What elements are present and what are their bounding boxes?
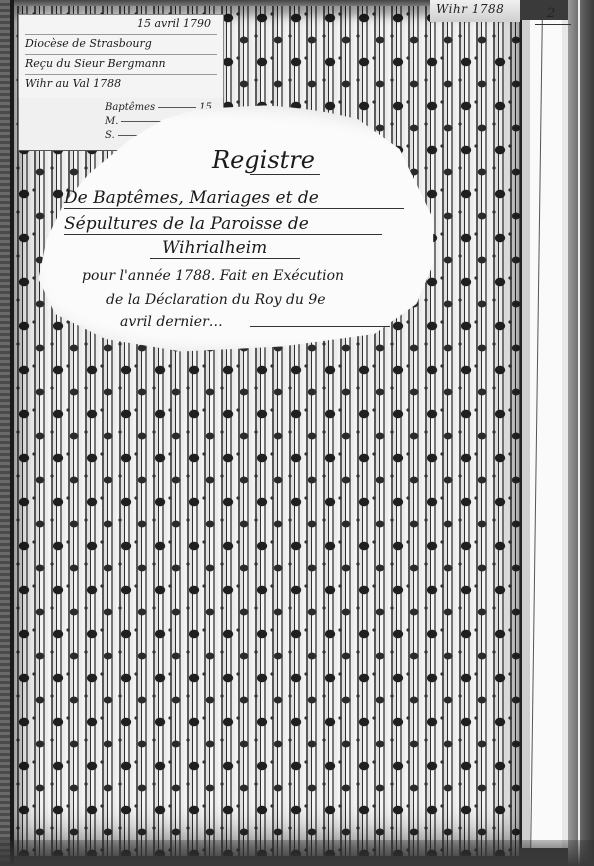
archive-line-3: Wihr au Val 1788 bbox=[25, 77, 121, 90]
title-rule bbox=[250, 326, 390, 327]
tab-label: Wihr 1788 bbox=[436, 2, 504, 16]
title-rule bbox=[250, 174, 320, 175]
title-rule bbox=[64, 208, 404, 209]
title-heading: Registre bbox=[212, 146, 315, 174]
title-line-6: avril dernier… bbox=[120, 314, 223, 330]
archive-line-1: Diocèse de Strasbourg bbox=[25, 37, 152, 50]
archive-line-2: Reçu du Sieur Bergmann bbox=[25, 57, 166, 70]
page-number: 2 bbox=[547, 6, 555, 21]
title-line-4: pour l'année 1788. Fait en Exécution bbox=[82, 268, 344, 284]
archive-label: 15 avril 1790 Diocèse de Strasbourg Reçu… bbox=[18, 14, 224, 100]
tally-mariages-label: M. bbox=[105, 116, 118, 127]
tally-baptemes-label: Baptêmes bbox=[105, 102, 155, 113]
cover-spine-edge bbox=[0, 0, 14, 866]
title-line-2: Sépultures de la Paroisse de bbox=[64, 214, 309, 234]
title-rule bbox=[150, 258, 300, 259]
title-line-3: Wihrialheim bbox=[162, 238, 267, 258]
inner-page-margin bbox=[520, 20, 570, 848]
title-rule bbox=[64, 234, 382, 235]
outer-page-edge bbox=[568, 0, 594, 866]
archive-date: 15 avril 1790 bbox=[137, 17, 211, 30]
title-line-5: de la Déclaration du Roy du 9e bbox=[106, 292, 326, 308]
archive-rule bbox=[25, 34, 217, 35]
archive-rule bbox=[25, 74, 217, 75]
page-top-rule bbox=[535, 24, 571, 25]
tally-sepultures-label: S. bbox=[105, 130, 115, 141]
bottom-edge-shadow bbox=[0, 840, 594, 866]
archive-rule bbox=[25, 54, 217, 55]
title-line-1: De Baptêmes, Mariages et de bbox=[64, 188, 319, 208]
